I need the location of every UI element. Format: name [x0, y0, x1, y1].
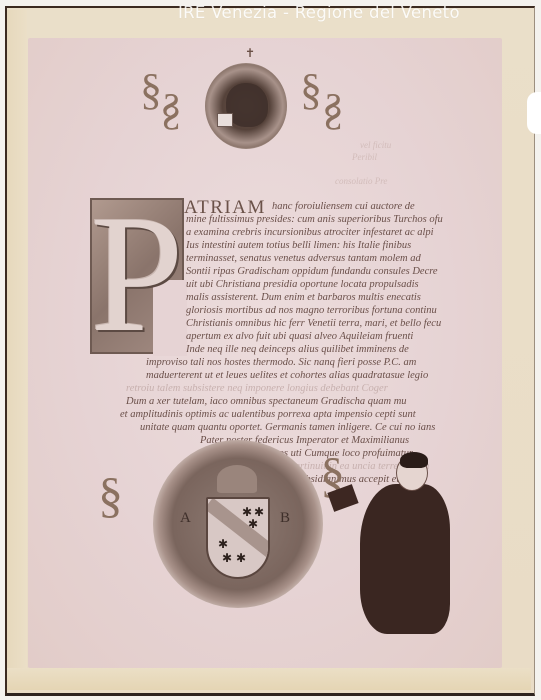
- text-line: Inde neq ille neq deinceps alius quilibe…: [186, 344, 409, 355]
- text-line: Dum a xer tutelam, iaco omnibus spectane…: [126, 396, 407, 407]
- figure-cap: [400, 452, 428, 468]
- shield-icon: ✱ ✱ ✱ ✱ ✱ ✱: [206, 497, 270, 579]
- card-tear: [527, 92, 541, 134]
- verso-text: consolatio Pre: [335, 176, 387, 186]
- card-margin-bottom: [7, 668, 531, 690]
- arms-letter-b: B: [280, 510, 290, 527]
- star-icon: ✱: [222, 551, 232, 566]
- ribbon-scroll-right-icon: §: [322, 88, 344, 132]
- star-icon: ✱: [236, 551, 246, 566]
- text-line: apertum ex alvo fuit ubi quasi alveo Aqu…: [186, 331, 413, 342]
- text-line: Ius intestini autem totius belli limen: …: [186, 240, 411, 251]
- text-line: terminasset, senatus venetus adversus ta…: [186, 253, 421, 264]
- ribbon-scroll-right-icon: §: [300, 68, 322, 112]
- kneeling-figure: [360, 484, 450, 634]
- text-line: et amplitudinis optimis ac ualentibus po…: [120, 409, 416, 420]
- text-line: a examina crebris incursionibus atrocite…: [186, 227, 434, 238]
- star-icon: ✱: [248, 517, 258, 532]
- open-book-icon: [217, 113, 233, 127]
- card-margin-left: [7, 10, 27, 680]
- ribbon-scroll-left-icon: §: [140, 68, 162, 112]
- verso-text: vel ficitu: [360, 140, 391, 150]
- text-line: mine fultissimus presides: cum anis supe…: [186, 214, 443, 225]
- text-line: retroiu talem subsistere neq imponere lo…: [126, 383, 388, 394]
- ribbon-scroll-left-icon: §: [160, 88, 182, 132]
- watermark: IRE Venezia - Regione del Veneto: [178, 3, 460, 22]
- cross-icon: ✝: [245, 46, 255, 61]
- text-line: maduerterent ut et leues uelites et coho…: [146, 370, 428, 381]
- text-line: unitate quam quantu oportet. Germanis ta…: [140, 422, 435, 433]
- text-line: malis assisterent. Dum enim et barbaros …: [186, 292, 421, 303]
- helmet-icon: [217, 465, 257, 493]
- text-line: gloriosis mortibus ad nos magno terrorib…: [186, 305, 437, 316]
- text-line: Christianis omnibus hic ferr Venetii ter…: [186, 318, 441, 329]
- ribbon-scroll-left-icon: §: [98, 470, 123, 520]
- photo-mount: vel ficitu Peribil consolatio Pre ✝ § § …: [0, 0, 541, 700]
- text-line: hanc foroiuliensem cui auctore de: [272, 201, 415, 212]
- text-line: Sontii ripas Gradischam oppidum fundandu…: [186, 266, 438, 277]
- text-line: improviso tali nos hostes thermodo. Sic …: [146, 357, 416, 368]
- arms-letter-a: A: [180, 510, 191, 527]
- verso-text: Peribil: [352, 152, 377, 162]
- drop-cap: P: [90, 190, 184, 358]
- text-line: uit ubi Christiana presidia oportune loc…: [186, 279, 419, 290]
- star-icon: ✱: [218, 537, 228, 552]
